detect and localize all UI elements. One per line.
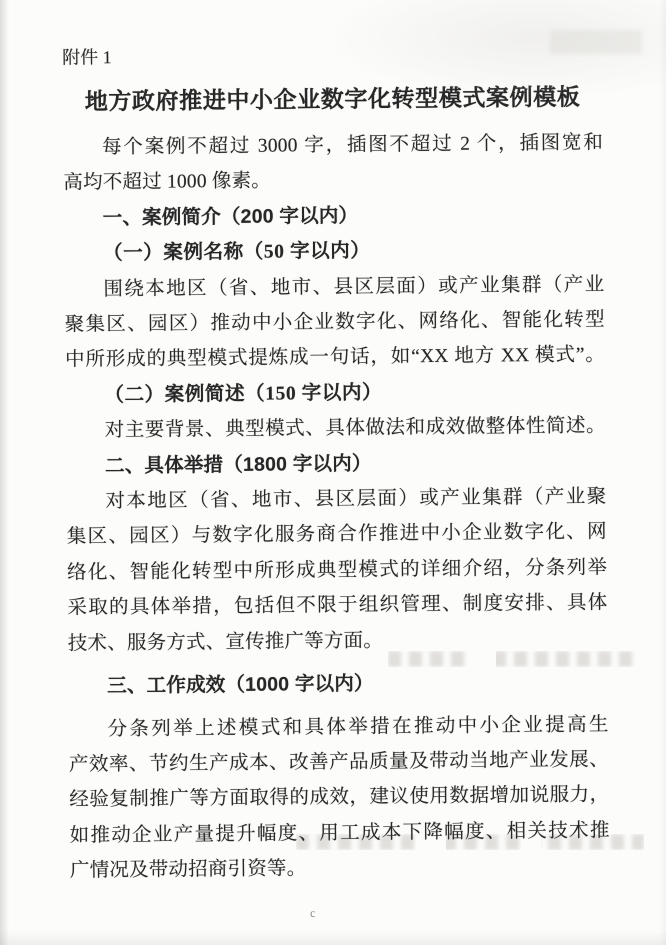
attachment-label: 附件 1 bbox=[62, 39, 602, 70]
subsection-heading-1-1: （一）案例名称（50 字以内） bbox=[64, 232, 604, 273]
paragraph-line: 络化、智能化转型中所形成典型模式的详细介绍，分条列举 bbox=[67, 550, 607, 591]
document-title: 地方政府推进中小企业数字化转型模式案例模板 bbox=[62, 80, 602, 117]
page-mark: c bbox=[309, 906, 316, 921]
paragraph-case-brief: 对主要背景、典型模式、具体做法和成效做整体性简述。 bbox=[66, 409, 606, 450]
paragraph-line: 采取的具体举措，包括但不限于组织管理、制度安排、具体 bbox=[67, 586, 607, 627]
paragraph-line: 经验复制推广等方面取得的成效，建议使用数据增加说服力， bbox=[69, 778, 609, 819]
section-heading-2: 二、具体举措（1800 字以内） bbox=[66, 444, 606, 485]
section-heading-1: 一、案例简介（200 字以内） bbox=[64, 196, 604, 237]
paragraph-line: 如推动企业产量提升幅度、用工成本下降幅度、相关技术推 bbox=[69, 813, 609, 854]
paragraph-intro: 每个案例不超过 3000 字，插图不超过 2 个，插图宽和 高均不超过 1000… bbox=[63, 125, 604, 201]
paragraph-line: 每个案例不超过 3000 字，插图不超过 2 个，插图宽和 bbox=[63, 125, 603, 166]
paragraph-line: 产效率、节约生产成本、改善产品质量及带动当地产业发展、 bbox=[69, 742, 609, 783]
paragraph-results: 分条列举上述模式和具体举措在推动中小企业提高生 产效率、节约生产成本、改善产品质… bbox=[68, 707, 610, 889]
paragraph-line: 聚集区、园区）推动中小企业数字化、网络化、智能化转型 bbox=[65, 302, 605, 343]
paragraph-line: 对本地区（省、地市、县区层面）或产业集群（产业聚 bbox=[66, 479, 606, 520]
scanned-document-page: 附件 1 地方政府推进中小企业数字化转型模式案例模板 每个案例不超过 3000 … bbox=[0, 0, 666, 945]
paragraph-line: 技术、服务方式、宣传推广等方面。 bbox=[68, 621, 608, 662]
document-content: 附件 1 地方政府推进中小企业数字化转型模式案例模板 每个案例不超过 3000 … bbox=[62, 35, 610, 889]
subsection-heading-1-2: （二）案例简述（150 字以内） bbox=[65, 373, 605, 414]
section-heading-3: 三、工作成效（1000 字以内） bbox=[68, 664, 608, 705]
paragraph-line: 集区、园区）与数字化服务商合作推进中小企业数字化、网 bbox=[67, 515, 607, 556]
paragraph-measures: 对本地区（省、地市、县区层面）或产业集群（产业聚 集区、园区）与数字化服务商合作… bbox=[66, 479, 608, 661]
paragraph-line: 对主要背景、典型模式、具体做法和成效做整体性简述。 bbox=[66, 409, 606, 450]
paragraph-line: 分条列举上述模式和具体举措在推动中小企业提高生 bbox=[68, 707, 608, 748]
paragraph-line: 高均不超过 1000 像素。 bbox=[63, 161, 603, 202]
paragraph-line: 广情况及带动招商引资等。 bbox=[70, 848, 610, 889]
paragraph-line: 中所形成的典型模式提炼成一句话，如“XX 地方 XX 模式”。 bbox=[65, 338, 605, 379]
paragraph-case-name: 围绕本地区（省、地市、县区层面）或产业集群（产业 聚集区、园区）推动中小企业数字… bbox=[64, 267, 605, 378]
paragraph-line: 围绕本地区（省、地市、县区层面）或产业集群（产业 bbox=[64, 267, 604, 308]
